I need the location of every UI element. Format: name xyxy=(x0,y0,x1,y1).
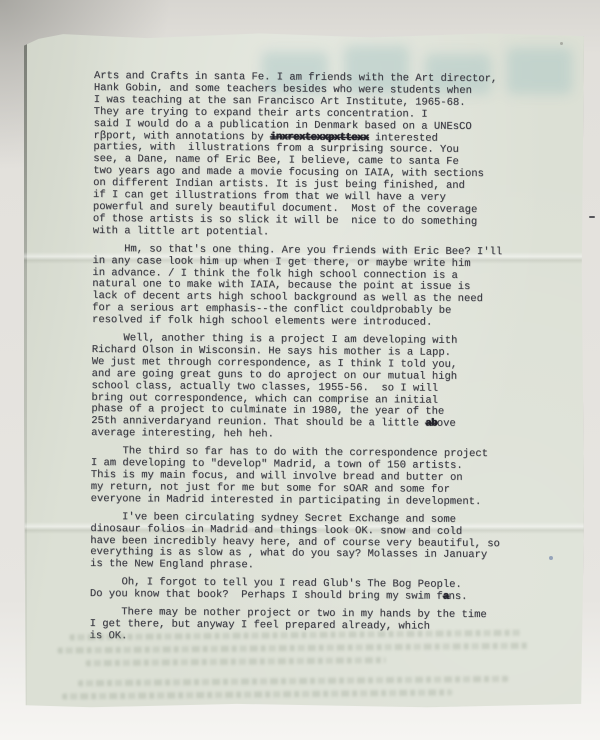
letter-paragraph: Arts and Crafts in santa Fe. I am friend… xyxy=(93,71,572,241)
photo-background: Arts and Crafts in santa Fe. I am friend… xyxy=(0,0,600,740)
letter-line: Do you know that book? Perhaps I should … xyxy=(90,589,568,605)
letter-line: is OK. xyxy=(90,631,568,647)
showthrough-line xyxy=(62,689,452,699)
showthrough-line xyxy=(202,708,482,717)
letter-paragraph: Hm, so that's one thing. Are you friends… xyxy=(92,244,571,331)
letter-paragraph: The third so far has to do with the corr… xyxy=(91,446,569,509)
letter-paragraph: I've been circulating sydney Secret Exch… xyxy=(90,512,568,575)
letter-line: everyone in Madrid interested in partici… xyxy=(91,494,569,510)
letter-text: Arts and Crafts in santa Fe. I am friend… xyxy=(89,71,572,653)
overstruck-text: a xyxy=(443,591,449,603)
paper-edge-shadow xyxy=(24,44,27,708)
overstruck-text: ab xyxy=(425,418,437,430)
letter-paragraph: There may be nother project or two in my… xyxy=(90,607,568,646)
showthrough-line xyxy=(78,676,508,687)
showthrough-line xyxy=(86,657,386,666)
letter-line: is the New England phrase. xyxy=(90,559,568,575)
letter-line: with a little art potential. xyxy=(93,226,571,242)
dust-speck xyxy=(589,216,595,218)
letter-line: resolved if folk high school elements we… xyxy=(92,315,570,331)
letter-paragraph: Well, another thing is a project I am de… xyxy=(91,333,570,444)
letter-line: average interesting, heh heh. xyxy=(91,428,569,444)
letter-paper: Arts and Crafts in santa Fe. I am friend… xyxy=(24,30,584,710)
letter-paragraph: Oh, I forgot to tell you I read Glub's T… xyxy=(90,577,568,605)
